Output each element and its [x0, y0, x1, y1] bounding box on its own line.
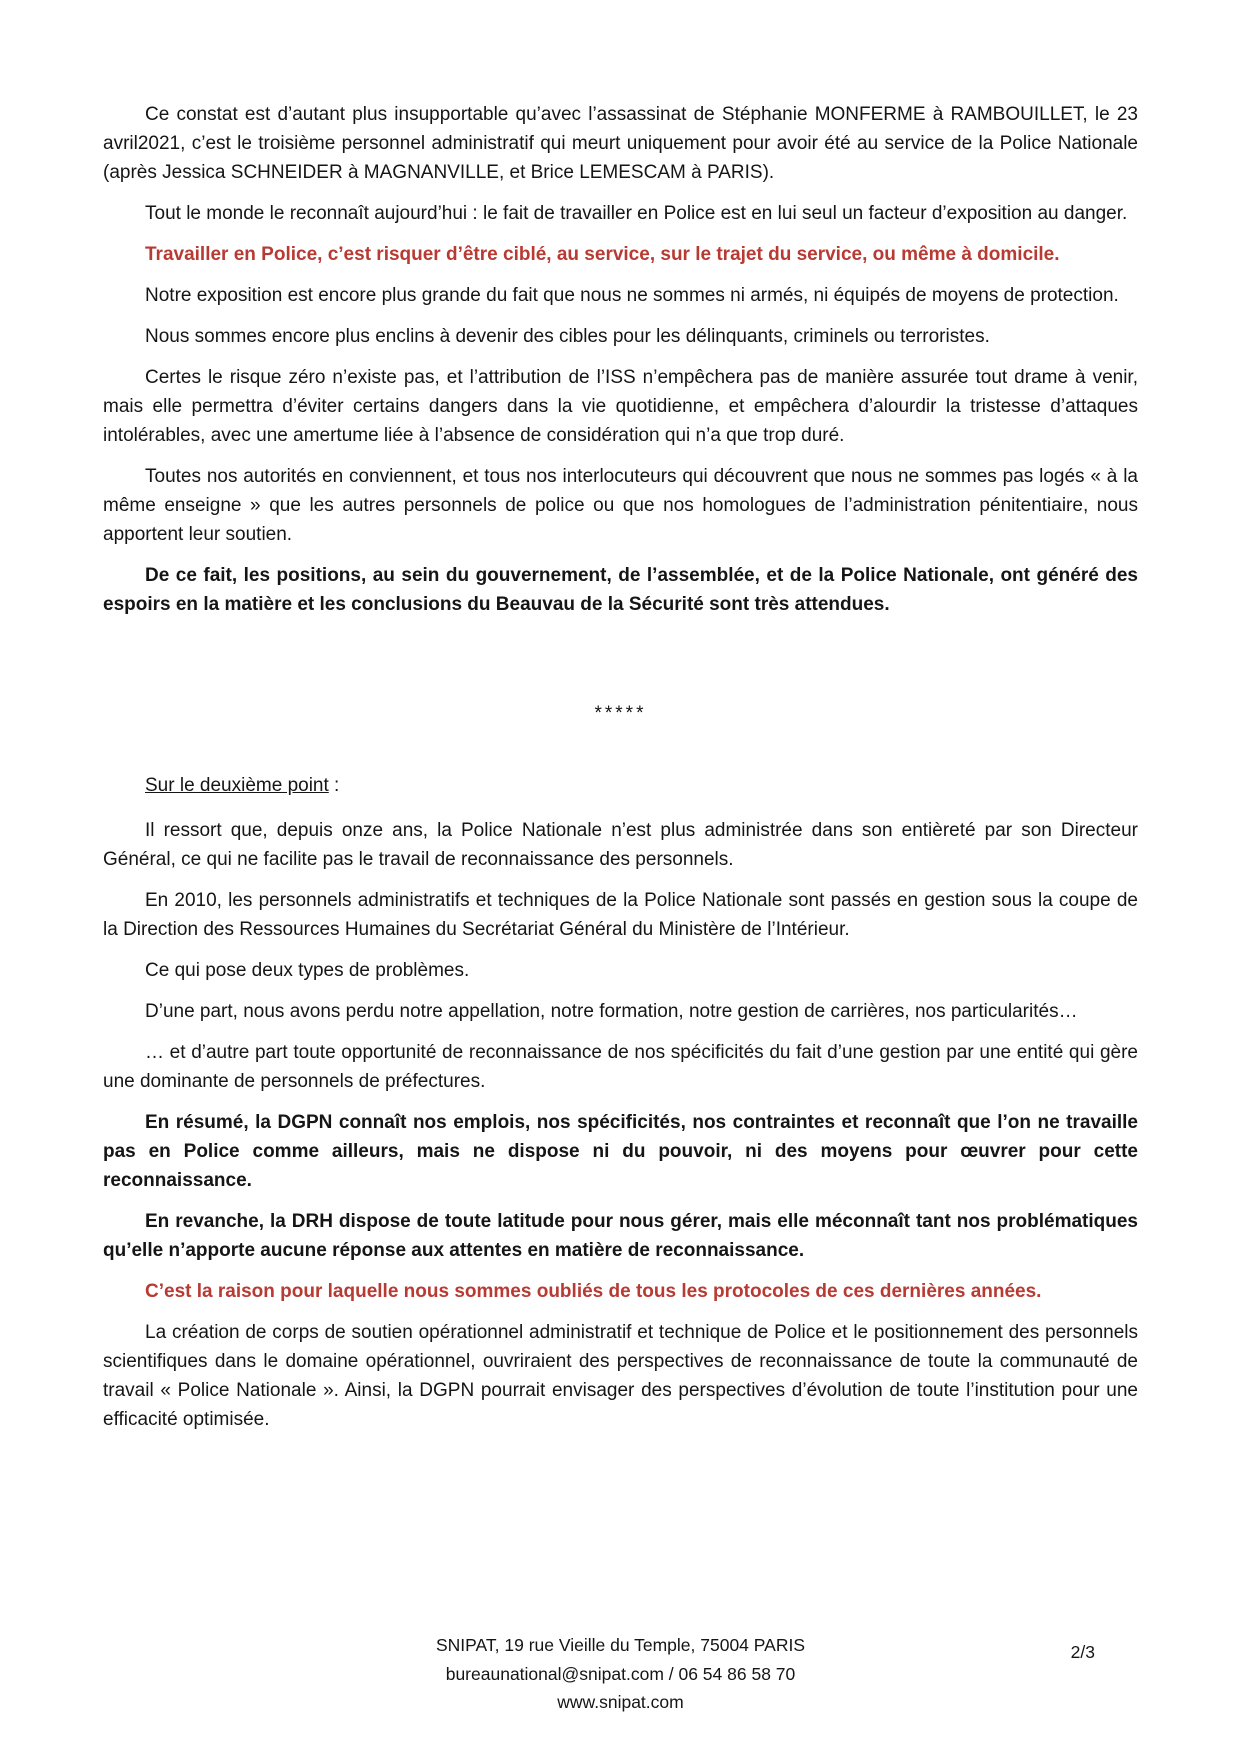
document-page: Ce constat est d’autant plus insupportab…: [0, 0, 1241, 1754]
section-separator: *****: [103, 703, 1138, 725]
paragraph: … et d’autre part toute opportunité de r…: [103, 1038, 1138, 1096]
document-body: Ce constat est d’autant plus insupportab…: [103, 100, 1138, 1446]
paragraph: Il ressort que, depuis onze ans, la Poli…: [103, 816, 1138, 874]
paragraph-red-emphasis: C’est la raison pour laquelle nous somme…: [103, 1277, 1138, 1306]
paragraph: D’une part, nous avons perdu notre appel…: [103, 997, 1138, 1026]
paragraph-red-emphasis: Travailler en Police, c’est risquer d’êt…: [103, 240, 1138, 269]
paragraph: Notre exposition est encore plus grande …: [103, 281, 1138, 310]
paragraph-bold: De ce fait, les positions, au sein du go…: [103, 561, 1138, 619]
section-heading: Sur le deuxième point :: [103, 771, 1138, 800]
paragraph: En 2010, les personnels administratifs e…: [103, 886, 1138, 944]
paragraph: Tout le monde le reconnaît aujourd’hui :…: [103, 199, 1138, 228]
section-heading-text: Sur le deuxième point: [145, 775, 329, 796]
paragraph: Certes le risque zéro n’existe pas, et l…: [103, 363, 1138, 450]
paragraph: La création de corps de soutien opératio…: [103, 1318, 1138, 1434]
paragraph: Nous sommes encore plus enclins à deveni…: [103, 322, 1138, 351]
paragraph-bold: En revanche, la DRH dispose de toute lat…: [103, 1207, 1138, 1265]
footer-website: www.snipat.com: [0, 1688, 1241, 1717]
section-heading-colon: :: [329, 775, 340, 796]
paragraph: Toutes nos autorités en conviennent, et …: [103, 462, 1138, 549]
document-footer: SNIPAT, 19 rue Vieille du Temple, 75004 …: [0, 1631, 1241, 1717]
page-number: 2/3: [1071, 1642, 1095, 1663]
paragraph-bold: En résumé, la DGPN connaît nos emplois, …: [103, 1108, 1138, 1195]
paragraph: Ce constat est d’autant plus insupportab…: [103, 100, 1138, 187]
footer-contact: bureaunational@snipat.com / 06 54 86 58 …: [0, 1660, 1241, 1689]
paragraph: Ce qui pose deux types de problèmes.: [103, 956, 1138, 985]
footer-address: SNIPAT, 19 rue Vieille du Temple, 75004 …: [0, 1631, 1241, 1660]
